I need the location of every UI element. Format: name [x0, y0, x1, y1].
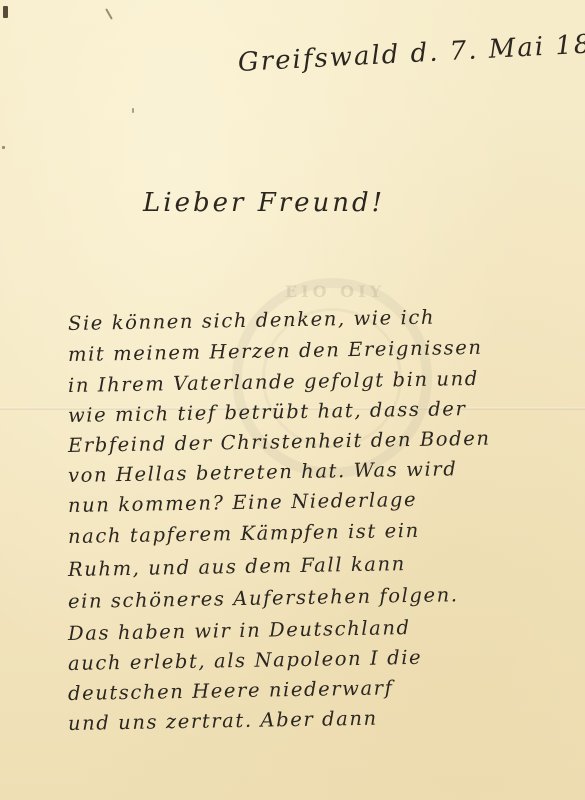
- letter-body-line: Erbfeind der Christenheit den Boden: [68, 427, 491, 457]
- letter-dateline: Greifswald d. 7. Mai 1897.: [237, 27, 585, 78]
- paper-speck: [3, 6, 8, 18]
- letter-body-line: ein schöneres Auferstehen folgen.: [68, 583, 459, 613]
- watermark-stamp-text: EIO OIY: [265, 282, 405, 301]
- letter-body-line: nun kommen? Eine Niederlage: [68, 488, 418, 517]
- letter-body-line: nach tapferem Kämpfen ist ein: [68, 519, 420, 548]
- letter-body-line: auch erlebt, als Napoleon I die: [68, 646, 423, 675]
- letter-body-line: von Hellas betreten hat. Was wird: [68, 457, 458, 487]
- letter-body-line: und uns zertrat. Aber dann: [68, 707, 378, 735]
- letter-body-line: Das haben wir in Deutschland: [68, 616, 411, 645]
- letter-body-line: deutschen Heere niederwarf: [68, 676, 394, 705]
- paper-speck: [2, 146, 5, 149]
- letter-page: EIO OIY Greifswald d. 7. Mai 1897. Liebe…: [0, 0, 585, 800]
- letter-salutation: Lieber Freund!: [143, 188, 385, 218]
- paper-speck: [132, 108, 134, 113]
- letter-body-line: Ruhm, und aus dem Fall kann: [68, 552, 406, 581]
- paper-speck: [105, 8, 113, 19]
